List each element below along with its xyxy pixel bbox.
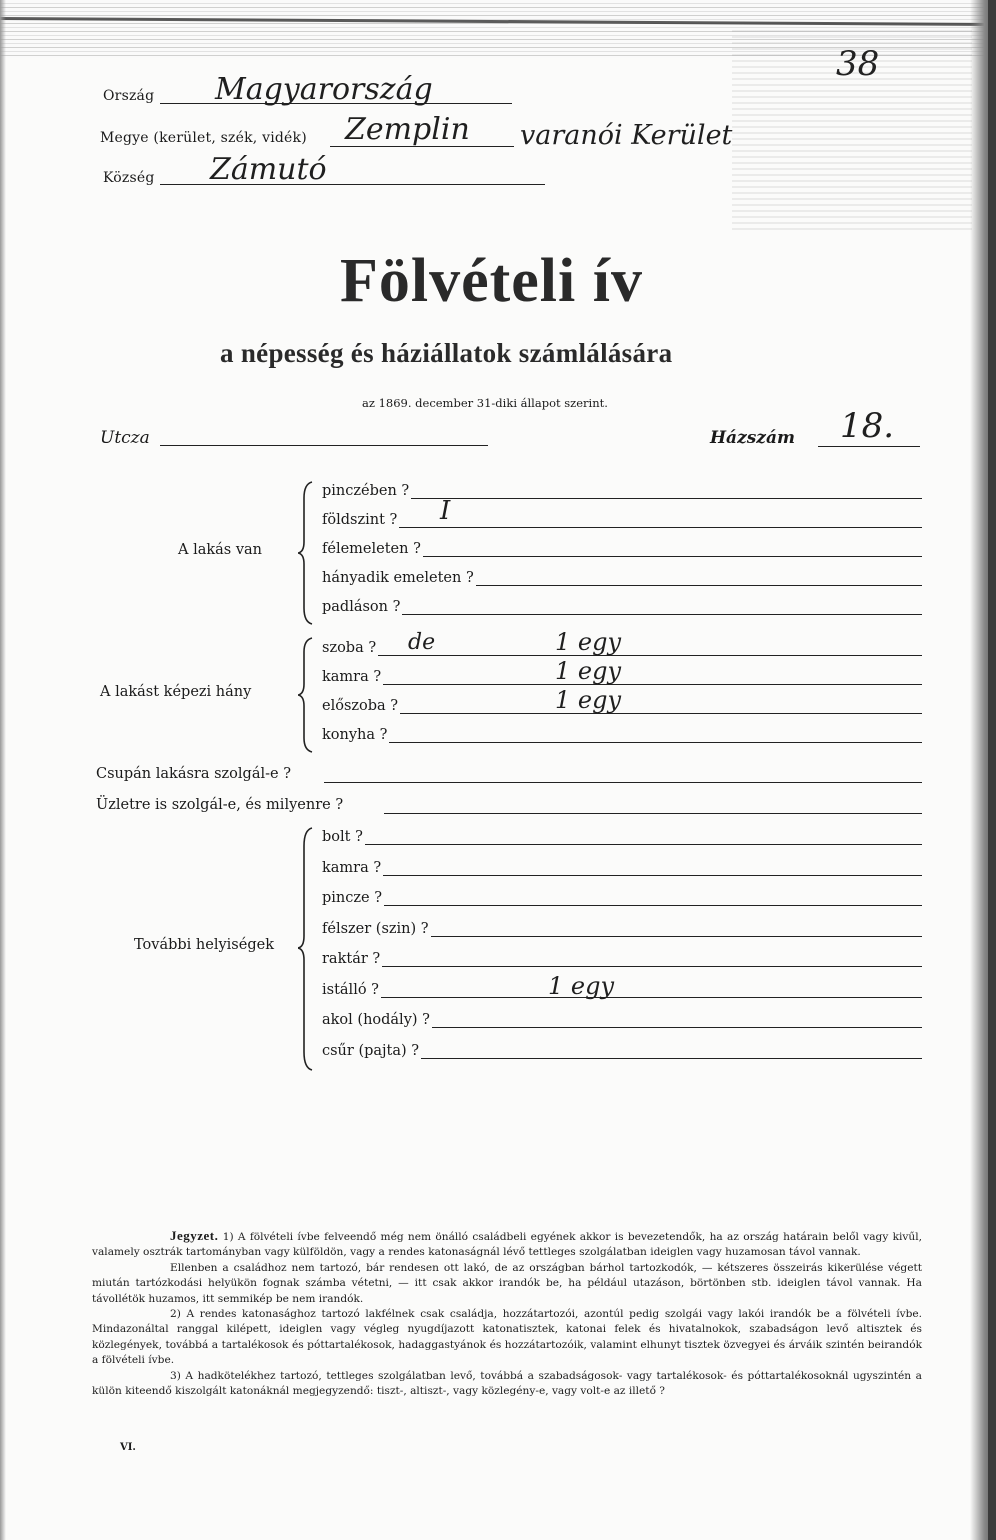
- house-number-line: [818, 446, 920, 447]
- note-2: 2) A rendes katonasághoz tartozó lakféln…: [92, 1307, 922, 1369]
- other-rooms-line-1: [383, 875, 922, 876]
- dwelling-location-label-4: padláson ?: [322, 599, 400, 615]
- dwelling-location-line-2: [423, 556, 922, 557]
- note-3: 3) A hadkötelékhez tartozó, tettleges sz…: [92, 1369, 922, 1400]
- other-rooms-line-7: [421, 1058, 922, 1059]
- dwelling-rooms-label-3: konyha ?: [322, 727, 387, 743]
- house-number-value[interactable]: 18.: [840, 406, 894, 446]
- dwelling-location-line-3: [476, 585, 922, 586]
- note-1b: Ellenben a családhoz nem tartozó, bár re…: [92, 1261, 922, 1307]
- dwelling-rooms-label-0: szoba ?: [322, 640, 376, 656]
- business-use-label: Üzletre is szolgál-e, és milyenre ?: [96, 797, 343, 813]
- other-rooms-label-3: félszer (szin) ?: [322, 921, 429, 937]
- dwelling-location-group-label: A lakás van: [178, 542, 262, 558]
- dwelling-rooms-count-2[interactable]: 1 egy: [555, 686, 621, 714]
- scan-edge-right-dark: [988, 0, 996, 1540]
- dwelling-location-label-0: pinczében ?: [322, 483, 409, 499]
- village-label: Község: [103, 170, 155, 186]
- brace-dwelling-location: [298, 480, 318, 626]
- county-value[interactable]: Zemplin: [345, 112, 470, 147]
- dwelling-rooms-group-label: A lakást képezi hány: [100, 684, 251, 700]
- brace-dwelling-rooms: [298, 636, 318, 754]
- other-rooms-line-5: [381, 997, 922, 998]
- dwelling-rooms-count-1[interactable]: 1 egy: [555, 657, 621, 685]
- scan-edge-left: [0, 0, 6, 1540]
- dwelling-location-line-0: [411, 498, 922, 499]
- other-rooms-line-6: [432, 1027, 922, 1028]
- village-value[interactable]: Zámutó: [210, 152, 327, 187]
- other-rooms-label-0: bolt ?: [322, 829, 363, 845]
- only-dwelling-label: Csupán lakásra szolgál-e ?: [96, 766, 291, 782]
- dwelling-rooms-line-0: [378, 655, 922, 656]
- country-value[interactable]: Magyarország: [215, 72, 433, 107]
- reference-date: az 1869. december 31-diki állapot szerin…: [362, 396, 608, 410]
- dwelling-rooms-count-0[interactable]: 1 egy: [555, 628, 621, 656]
- street-line: [160, 445, 488, 446]
- other-rooms-line-3: [431, 936, 922, 937]
- other-rooms-label-4: raktár ?: [322, 951, 380, 967]
- dwelling-location-line-1: [399, 527, 922, 528]
- dwelling-location-label-1: földszint ?: [322, 512, 397, 528]
- other-rooms-group-label: További helyiségek: [134, 937, 274, 953]
- other-rooms-label-2: pincze ?: [322, 890, 382, 906]
- other-rooms-label-5: istálló ?: [322, 982, 379, 998]
- dwelling-location-label-2: félemeleten ?: [322, 541, 421, 557]
- dwelling-rooms-label-2: előszoba ?: [322, 698, 398, 714]
- dwelling-location-value-1[interactable]: I: [440, 496, 450, 526]
- county-extra-value[interactable]: varanói Kerület: [520, 120, 732, 151]
- business-use-line: [384, 813, 922, 814]
- dwelling-rooms-line-3: [389, 742, 922, 743]
- footer-mark: VI.: [120, 1442, 136, 1453]
- other-rooms-line-2: [384, 905, 922, 906]
- dwelling-rooms-label-1: kamra ?: [322, 669, 381, 685]
- page-number: 38: [836, 44, 879, 84]
- dwelling-location-label-3: hányadik emeleten ?: [322, 570, 474, 586]
- brace-other-rooms: [298, 826, 318, 1072]
- form-title: Fölvételi ív: [340, 246, 643, 317]
- other-rooms-label-6: akol (hodály) ?: [322, 1012, 430, 1028]
- county-label: Megye (kerület, szék, vidék): [100, 130, 307, 146]
- other-rooms-line-4: [382, 966, 922, 967]
- form-subtitle: a népesség és háziállatok számlálására: [220, 338, 672, 369]
- notes-heading: Jegyzet.: [170, 1228, 218, 1243]
- house-number-label: Házszám: [710, 428, 795, 448]
- other-rooms-label-7: csűr (pajta) ?: [322, 1043, 419, 1059]
- other-rooms-label-1: kamra ?: [322, 860, 381, 876]
- dwelling-rooms-value-0[interactable]: de: [408, 630, 435, 655]
- footnotes: Jegyzet. 1) A fölvételi ívbe felveendő m…: [92, 1228, 922, 1399]
- street-label: Utcza: [100, 428, 150, 448]
- dwelling-rooms-line-2: [400, 713, 922, 714]
- only-dwelling-line: [324, 782, 922, 783]
- other-rooms-line-0: [365, 844, 922, 845]
- dwelling-location-line-4: [402, 614, 922, 615]
- census-form-page: 38 Ország Magyarország Megye (kerület, s…: [0, 0, 996, 1540]
- other-rooms-value-5[interactable]: 1 egy: [548, 972, 614, 1000]
- country-label: Ország: [103, 88, 154, 104]
- dwelling-rooms-line-1: [383, 684, 922, 685]
